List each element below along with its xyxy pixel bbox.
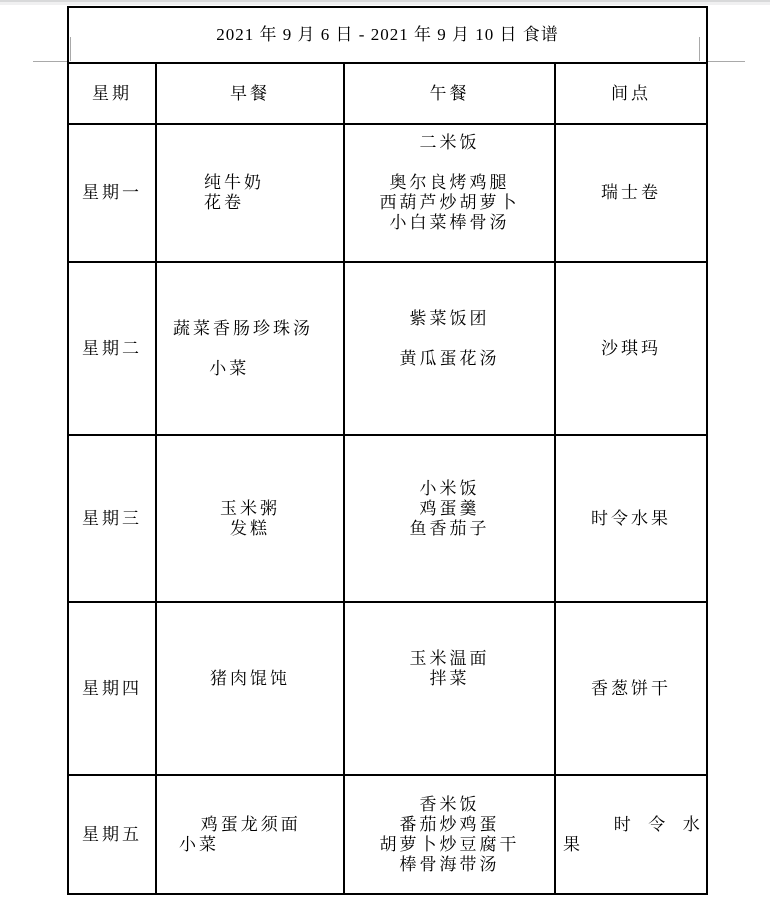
menu-table: 2021 年 9 月 6 日 - 2021 年 9 月 10 日 食谱 星期 早… <box>67 6 708 895</box>
menu-line <box>345 369 554 389</box>
menu-line: 香葱饼干 <box>556 679 706 699</box>
day-label-thursday: 星期四 <box>69 603 157 776</box>
menu-line <box>345 153 554 173</box>
menu-line: 发糕 <box>157 519 343 539</box>
menu-line <box>345 233 554 253</box>
menu-line: 番茄炒鸡蛋 <box>345 815 554 835</box>
lunch-cell-thursday: 玉米温面拌菜 <box>345 603 556 776</box>
header-cell-lunch: 午餐 <box>345 64 556 125</box>
menu-line: 小菜 <box>179 835 343 855</box>
menu-line: 西葫芦炒胡萝卜 <box>345 193 554 213</box>
menu-line: 棒骨海带汤 <box>345 855 554 875</box>
day-label-tuesday: 星期二 <box>69 263 157 436</box>
menu-line <box>173 339 343 359</box>
menu-line: 鸡蛋龙须面 <box>179 815 343 835</box>
menu-line <box>157 689 343 709</box>
header-cell-week: 星期 <box>69 64 157 125</box>
snack-cell-tuesday: 沙琪玛 <box>556 263 706 436</box>
menu-line: 鱼香茄子 <box>345 519 554 539</box>
menu-line: 胡萝卜炒豆腐干 <box>345 835 554 855</box>
menu-line: 拌菜 <box>345 669 554 689</box>
menu-line: 沙琪玛 <box>556 339 706 359</box>
menu-line: 鸡蛋羹 <box>345 499 554 519</box>
day-label-friday: 星期五 <box>69 776 157 893</box>
day-label-monday: 星期一 <box>69 125 157 263</box>
menu-line <box>345 709 554 729</box>
snack-cell-friday: 时 令 水果 <box>556 776 706 893</box>
table-title-cell: 2021 年 9 月 6 日 - 2021 年 9 月 10 日 食谱 <box>69 8 706 64</box>
menu-line: 果 <box>563 835 706 855</box>
menu-line: 香米饭 <box>345 795 554 815</box>
menu-line: 小米饭 <box>345 479 554 499</box>
page-top-edge <box>0 0 770 5</box>
menu-line: 时 令 水 <box>563 815 706 835</box>
menu-line <box>345 689 554 709</box>
header-cell-breakfast: 早餐 <box>157 64 345 125</box>
breakfast-cell-thursday: 猪肉馄饨 <box>157 603 345 776</box>
lunch-cell-tuesday: 紫菜饭团黄瓜蛋花汤 <box>345 263 556 436</box>
breakfast-cell-monday: 纯牛奶花卷 <box>157 125 345 263</box>
menu-line: 小白菜棒骨汤 <box>345 213 554 233</box>
menu-line: 猪肉馄饨 <box>157 669 343 689</box>
snack-cell-wednesday: 时令水果 <box>556 436 706 603</box>
menu-line <box>345 539 554 559</box>
day-label-wednesday: 星期三 <box>69 436 157 603</box>
snack-cell-thursday: 香葱饼干 <box>556 603 706 776</box>
lunch-cell-friday: 香米饭番茄炒鸡蛋胡萝卜炒豆腐干棒骨海带汤 <box>345 776 556 893</box>
menu-line: 黄瓜蛋花汤 <box>345 349 554 369</box>
menu-line: 蔬菜香肠珍珠汤 <box>173 319 343 339</box>
menu-line: 二米饭 <box>345 133 554 153</box>
menu-line: 时令水果 <box>556 509 706 529</box>
menu-line: 纯牛奶 <box>204 173 343 193</box>
breakfast-cell-tuesday: 蔬菜香肠珍珠汤 小菜 <box>157 263 345 436</box>
menu-line: 小菜 <box>173 359 343 379</box>
lunch-cell-wednesday: 小米饭鸡蛋羹鱼香茄子 <box>345 436 556 603</box>
snack-cell-monday: 瑞士卷 <box>556 125 706 263</box>
menu-line: 奥尔良烤鸡腿 <box>345 173 554 193</box>
header-cell-snack: 间点 <box>556 64 706 125</box>
menu-line: 花卷 <box>204 193 343 213</box>
lunch-cell-monday: 二米饭奥尔良烤鸡腿西葫芦炒胡萝卜小白菜棒骨汤 <box>345 125 556 263</box>
menu-line: 玉米粥 <box>157 499 343 519</box>
menu-line: 瑞士卷 <box>556 183 706 203</box>
breakfast-cell-friday: 鸡蛋龙须面小菜 <box>157 776 345 893</box>
page-margin-mark-left-horizontal <box>33 61 67 62</box>
menu-line: 玉米温面 <box>345 649 554 669</box>
breakfast-cell-wednesday: 玉米粥发糕 <box>157 436 345 603</box>
page-title: 2021 年 9 月 6 日 - 2021 年 9 月 10 日 食谱 <box>216 25 558 45</box>
page-margin-mark-right-horizontal <box>707 61 745 62</box>
menu-line <box>345 329 554 349</box>
menu-line: 紫菜饭团 <box>345 309 554 329</box>
